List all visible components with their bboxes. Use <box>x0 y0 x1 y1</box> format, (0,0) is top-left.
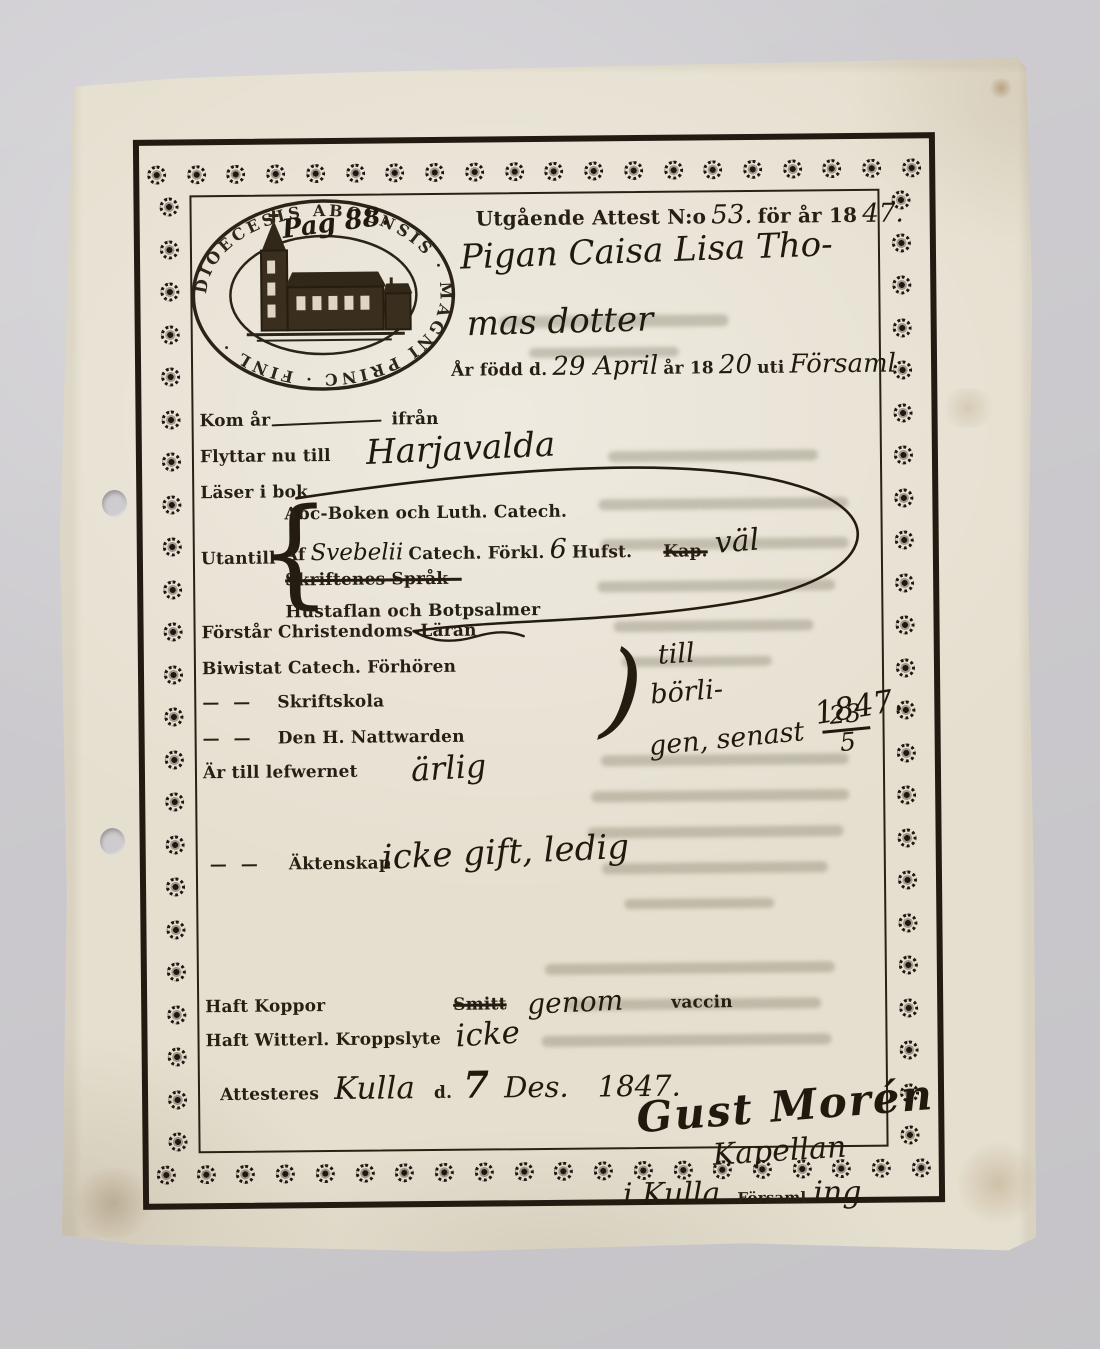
rosette-ornament <box>165 792 184 811</box>
rosette-ornament <box>475 1162 494 1181</box>
birth-label: År född d. <box>451 360 547 381</box>
rosette-ornament <box>162 537 181 556</box>
rosette-ornament <box>167 1005 186 1024</box>
rosette-ornament <box>664 160 683 179</box>
header-year-handwritten: 47. <box>862 198 904 228</box>
koppor-genom-handwritten: genom <box>526 984 623 1021</box>
rosette-ornament <box>355 1163 374 1182</box>
photo-of-document: { "photo": { "backdrop_color": "#d6d4d8"… <box>0 0 1100 1349</box>
rosette-ornament <box>594 1161 613 1180</box>
paper-stain <box>938 388 998 428</box>
rosette-ornament <box>161 367 180 386</box>
rosette-ornament <box>196 1165 215 1184</box>
paper-stain <box>988 78 1014 98</box>
rosette-ornament <box>897 828 916 847</box>
rosette-ornament <box>899 998 918 1017</box>
handwritten-loop-curve <box>200 455 893 762</box>
rosette-ornament <box>554 1161 573 1180</box>
rosette-ornament <box>276 1164 295 1183</box>
printed-ornamental-frame: DIOECESIS ABOENSIS · MAGNI PRINC · FINL … <box>133 132 945 1210</box>
rosette-ornament <box>465 162 484 181</box>
rosette-ornament <box>187 165 206 184</box>
aktenskap-label: Äktenskap <box>289 853 391 874</box>
rosette-ornament <box>514 1162 533 1181</box>
rosette-ornament <box>168 1132 187 1151</box>
koppor-vaccin: vaccin <box>671 992 733 1013</box>
attest-header: Utgående Attest N:o 53. för år 18 47. <box>476 198 904 232</box>
rosette-ornament <box>161 410 180 429</box>
rosette-ornament <box>624 160 643 179</box>
signature-parish-row: i Kulla Församl ing <box>623 1175 862 1212</box>
rosette-ornament <box>161 452 180 471</box>
rosette-ornament <box>912 1158 931 1177</box>
birth-uti: uti <box>757 358 784 378</box>
ditto-dashes: — — <box>210 855 262 875</box>
kroppslyte-label: Haft Witterl. Kroppslyte <box>205 1029 441 1051</box>
rosette-ornament <box>167 1047 186 1066</box>
person-name-line2: mas dotter <box>466 299 654 344</box>
rosette-ornament <box>893 445 912 464</box>
attest-paper-sheet: DIOECESIS ABOENSIS · MAGNI PRINC · FINL … <box>58 58 1038 1254</box>
rosette-ornament <box>165 835 184 854</box>
rosette-ornament <box>505 162 524 181</box>
signature-place-handwritten: i Kulla <box>623 1176 721 1212</box>
attest-month-handwritten: Des. <box>504 1070 569 1105</box>
rosette-ornament <box>166 920 185 939</box>
person-name-line1: Pigan Caisa Lisa Tho- <box>459 224 833 277</box>
attest-content: DIOECESIS ABOENSIS · MAGNI PRINC · FINL … <box>197 197 880 1145</box>
header-prefix: Utgående Attest N:o <box>476 204 707 230</box>
rosette-ornament <box>897 785 916 804</box>
rosette-ornament <box>892 318 911 337</box>
rosette-ornament <box>166 962 185 981</box>
rosette-ornament <box>316 1163 335 1182</box>
border-ornament-top <box>147 146 921 195</box>
birth-year-label: år 18 <box>663 358 714 378</box>
header-mid: för år 18 <box>758 203 858 228</box>
rosette-ornament <box>899 1040 918 1059</box>
ifran-label: ifrån <box>391 409 438 429</box>
rosette-ornament <box>164 707 183 726</box>
forsaml-printed: Församl <box>737 1188 806 1207</box>
rosette-ornament <box>893 403 912 422</box>
rosette-ornament <box>168 1090 187 1109</box>
rosette-ornament <box>862 158 881 177</box>
rosette-ornament <box>147 165 166 184</box>
rosette-ornament <box>227 164 246 183</box>
diocese-seal: DIOECESIS ABOENSIS · MAGNI PRINC · FINL … <box>185 193 461 402</box>
rosette-ornament <box>165 877 184 896</box>
attesteres-label: Attesteres <box>220 1084 319 1105</box>
rosette-ornament <box>891 233 910 252</box>
rosette-ornament <box>306 164 325 183</box>
rosette-ornament <box>896 743 915 762</box>
birth-year-handwritten: 20 <box>719 350 752 380</box>
kroppslyte-value-handwritten: icke <box>454 1015 521 1055</box>
rosette-ornament <box>897 870 916 889</box>
birth-parish-handwritten: Församl <box>789 349 896 380</box>
lefwernet-label: Är till lefwernet <box>203 762 358 783</box>
rosette-ornament <box>584 161 603 180</box>
rosette-ornament <box>163 580 182 599</box>
rosette-ornament <box>160 282 179 301</box>
attest-place-handwritten: Kulla <box>334 1070 415 1107</box>
rosette-ornament <box>783 159 802 178</box>
rosette-ornament <box>544 161 563 180</box>
koppor-label: Haft Koppor <box>205 996 325 1017</box>
rosette-ornament <box>743 159 762 178</box>
rosette-ornament <box>898 913 917 932</box>
aktenskap-value-handwritten: icke gift, ledig <box>381 827 630 878</box>
rosette-ornament <box>236 1164 255 1183</box>
rosette-ornament <box>900 1125 919 1144</box>
paper-stain <box>958 1138 1038 1228</box>
rosette-ornament <box>159 240 178 259</box>
rosette-ornament <box>895 615 914 634</box>
rosette-ornament <box>898 955 917 974</box>
aktenskap-row: — — Äktenskap <box>210 853 391 875</box>
punch-hole-bottom <box>100 828 125 855</box>
rosette-ornament <box>895 658 914 677</box>
attest-d: d. <box>434 1083 452 1103</box>
birth-row: År född d. 29 April år 18 20 uti Församl <box>451 349 896 383</box>
rosette-ornament <box>435 1162 454 1181</box>
rosette-ornament <box>894 488 913 507</box>
rosette-ornament <box>162 495 181 514</box>
rosette-ornament <box>163 665 182 684</box>
attest-row: Attesteres Kulla d. 7 Des. 1847. <box>220 1061 681 1109</box>
rosette-ornament <box>346 163 365 182</box>
rosette-ornament <box>386 163 405 182</box>
kom-ar-line <box>272 420 382 427</box>
rosette-ornament <box>892 275 911 294</box>
rosette-ornament <box>895 573 914 592</box>
birth-daymonth-handwritten: 29 April <box>552 351 658 382</box>
rosette-ornament <box>703 160 722 179</box>
punch-hole-top <box>102 490 127 517</box>
rosette-ornament <box>894 530 913 549</box>
rosette-ornament <box>425 162 444 181</box>
rosette-ornament <box>902 158 921 177</box>
attest-day-handwritten: 7 <box>463 1063 489 1107</box>
rosette-ornament <box>823 159 842 178</box>
rosette-ornament <box>872 1158 891 1177</box>
rosette-ornament <box>164 750 183 769</box>
rosette-ornament <box>160 325 179 344</box>
header-number-handwritten: 53. <box>711 200 753 230</box>
kom-ar-label: Kom år <box>199 411 270 432</box>
signature-ing-handwritten: ing <box>813 1175 861 1210</box>
koppor-smitt-struck: Smitt <box>453 994 507 1015</box>
rosette-ornament <box>157 1165 176 1184</box>
rosette-ornament <box>159 197 178 216</box>
rosette-ornament <box>395 1163 414 1182</box>
rosette-ornament <box>163 622 182 641</box>
rosette-ornament <box>266 164 285 183</box>
